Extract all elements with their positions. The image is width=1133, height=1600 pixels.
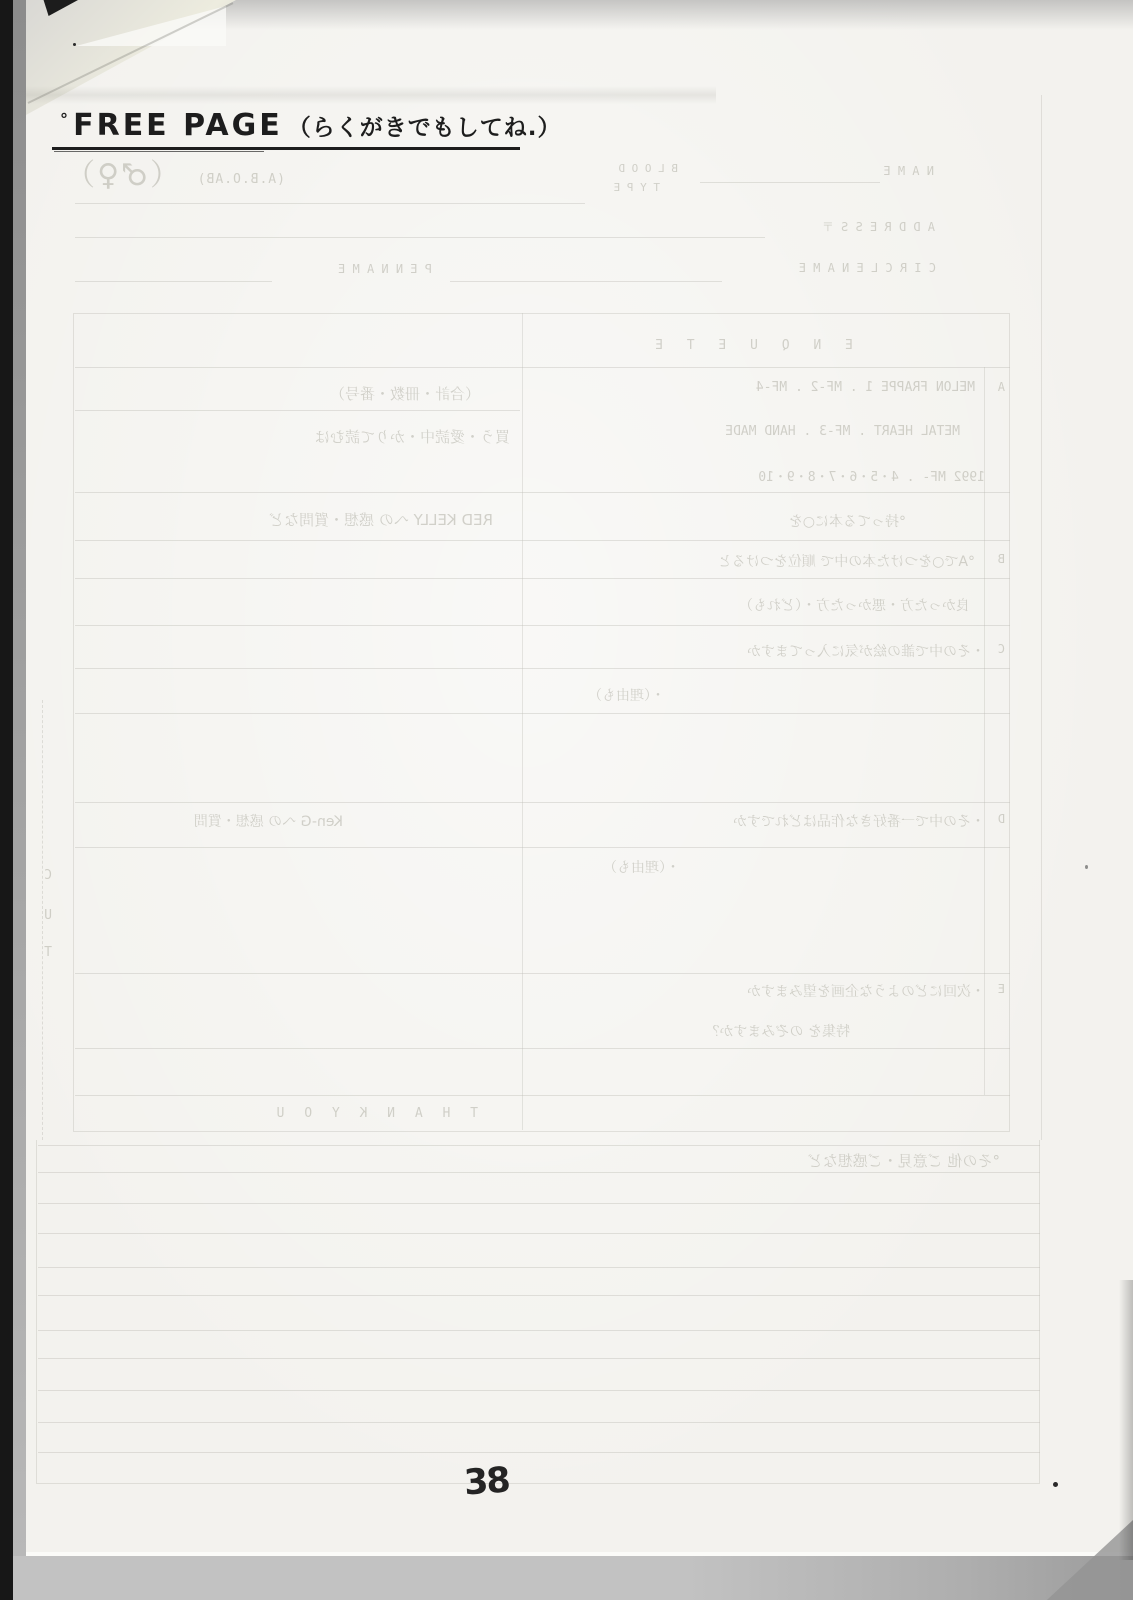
- bleed-question-a-label: A: [998, 380, 1005, 394]
- bleed-address-label: A D D R E S S 〒: [822, 218, 935, 235]
- bleed-question-e-label: E: [998, 982, 1005, 996]
- scan-left-grey-edge: [13, 0, 27, 1600]
- bleed-rule: [75, 578, 1010, 579]
- bleed-cut-letter-u: U: [44, 908, 52, 923]
- bleed-column-divider: [522, 313, 523, 1130]
- bleed-pen-label: P E N N A M E: [338, 262, 432, 276]
- bleed-rule: [38, 1452, 1040, 1453]
- bleed-rule: [75, 281, 272, 282]
- page-number: 38: [463, 1460, 510, 1503]
- title-japanese: （らくがきでもしてね.）: [288, 115, 562, 141]
- bleed-ruled-box: [36, 1140, 1040, 1484]
- scan-speck: [225, 132, 227, 134]
- bleed-thank-you: T H A N K Y O U: [271, 1106, 478, 1121]
- bleed-question-d-label: D: [998, 812, 1005, 826]
- bleed-rule: [38, 1358, 1040, 1359]
- bleed-rule: [38, 1390, 1040, 1391]
- scanned-page: （♂♀） (A.B.O.AB) B L O O D T Y P E N A M …: [0, 0, 1133, 1600]
- bleed-name-label: N A M E: [883, 164, 934, 178]
- bleed-rule: [75, 1048, 1010, 1049]
- title-degree-mark: °: [60, 110, 68, 129]
- bleed-question-b-label: B: [998, 552, 1005, 566]
- bleed-question-a-line2: METAL HEART . MF-3 . HAND MADE: [725, 424, 960, 439]
- bleed-page-edge-line: [1041, 95, 1042, 1140]
- bleed-rule: [75, 203, 585, 204]
- bleed-cut-line: [42, 700, 43, 1140]
- bleed-question-a-line1: MELON FRAPPE 1 . MF-2 . MF-4: [756, 380, 975, 395]
- bleed-rule: [38, 1233, 1040, 1234]
- bleed-question-b-line1: °Aで○をつけた本の中で 順位をつけると: [718, 551, 975, 571]
- bleed-own-line: °持ってる本に○を: [789, 511, 906, 531]
- bleed-cut-letter-t: T: [44, 945, 52, 960]
- bleed-circle-label: C I R C L E N A M E: [799, 261, 936, 275]
- bleed-enquete-title: E N Q U E T E: [600, 338, 900, 353]
- bleed-question-d-line1: ・その中で一番好きな作品はどれですか: [733, 811, 985, 831]
- title-underline-stroke2: [54, 151, 264, 152]
- bleed-rule: [75, 367, 1010, 368]
- bleed-question-e-line1: ・次回にどのような企画を望みますか: [747, 981, 985, 1001]
- bleed-question-a-line3: 1992 MF- . 4・5・6・7・8・9・10: [758, 466, 985, 485]
- bleed-sex-symbols: （♂♀）: [63, 150, 180, 194]
- bleed-note-red-kelly: RED KELLY への 感想・質問など: [269, 509, 493, 530]
- bleed-rule: [75, 1095, 1010, 1096]
- bleed-rule: [700, 182, 880, 183]
- scan-speck: [1085, 865, 1088, 869]
- bleed-question-c-line1: ・その中で誰の絵が気に入ってますか: [747, 641, 985, 661]
- bleed-blood-label-1: B L O O D: [618, 162, 678, 175]
- bleed-rule: [38, 1422, 1040, 1423]
- bleed-rule: [75, 410, 520, 411]
- bleed-blood-label-2: T Y P E: [614, 181, 660, 194]
- scan-right-edge-shadow: [1119, 1280, 1133, 1560]
- bleed-note-ken-g: Ken-G への 感想・質問: [194, 811, 343, 831]
- bleed-note-a-line2: 買う・愛読中・かりて読むは: [315, 426, 510, 447]
- bleed-rule: [38, 1267, 1040, 1268]
- bleed-question-e-line2: 特集を のぞみますか？: [706, 1021, 850, 1041]
- bleed-question-b-line2: 良かった方・悪かった方・（どれも）: [739, 595, 970, 615]
- bleed-blood-values: (A.B.O.AB): [197, 172, 285, 187]
- scan-speck: [1053, 1482, 1058, 1487]
- bleed-question-c-line2: ・（理由も）: [588, 685, 665, 705]
- bleed-rule: [38, 1295, 1040, 1296]
- bleed-question-c-label: C: [998, 642, 1005, 656]
- bleed-rule: [75, 973, 1010, 974]
- scan-speck: [73, 43, 76, 46]
- bleed-rule: [75, 713, 1010, 714]
- scan-bottom-band: [13, 1556, 1133, 1600]
- bleed-rule: [38, 1203, 1040, 1204]
- bleed-rule: [75, 802, 1010, 803]
- page-title: ° FREE PAGE （らくがきでもしてね.）: [60, 108, 562, 143]
- bleed-rule: [75, 540, 1010, 541]
- bleed-rule: [38, 1145, 1040, 1146]
- bleedthrough-layer: （♂♀） (A.B.O.AB) B L O O D T Y P E N A M …: [26, 0, 1133, 1556]
- title-english: FREE PAGE: [73, 108, 283, 143]
- bleed-note-a-line1: （合計・冊数・番号）: [330, 383, 480, 404]
- bleed-rule: [75, 492, 1010, 493]
- bleed-question-d-line2: ・（理由も）: [603, 857, 680, 877]
- bleed-rule: [450, 281, 722, 282]
- bleed-rule: [38, 1172, 1040, 1173]
- title-underline: [52, 147, 520, 150]
- bleed-cut-letter-c: C: [44, 868, 52, 883]
- bleed-rule: [75, 625, 1010, 626]
- bleed-rule: [75, 847, 1010, 848]
- bleed-rule: [75, 237, 765, 238]
- scan-left-black-edge: [0, 0, 13, 1600]
- bleed-rule: [38, 1330, 1040, 1331]
- bleed-rule: [75, 668, 1010, 669]
